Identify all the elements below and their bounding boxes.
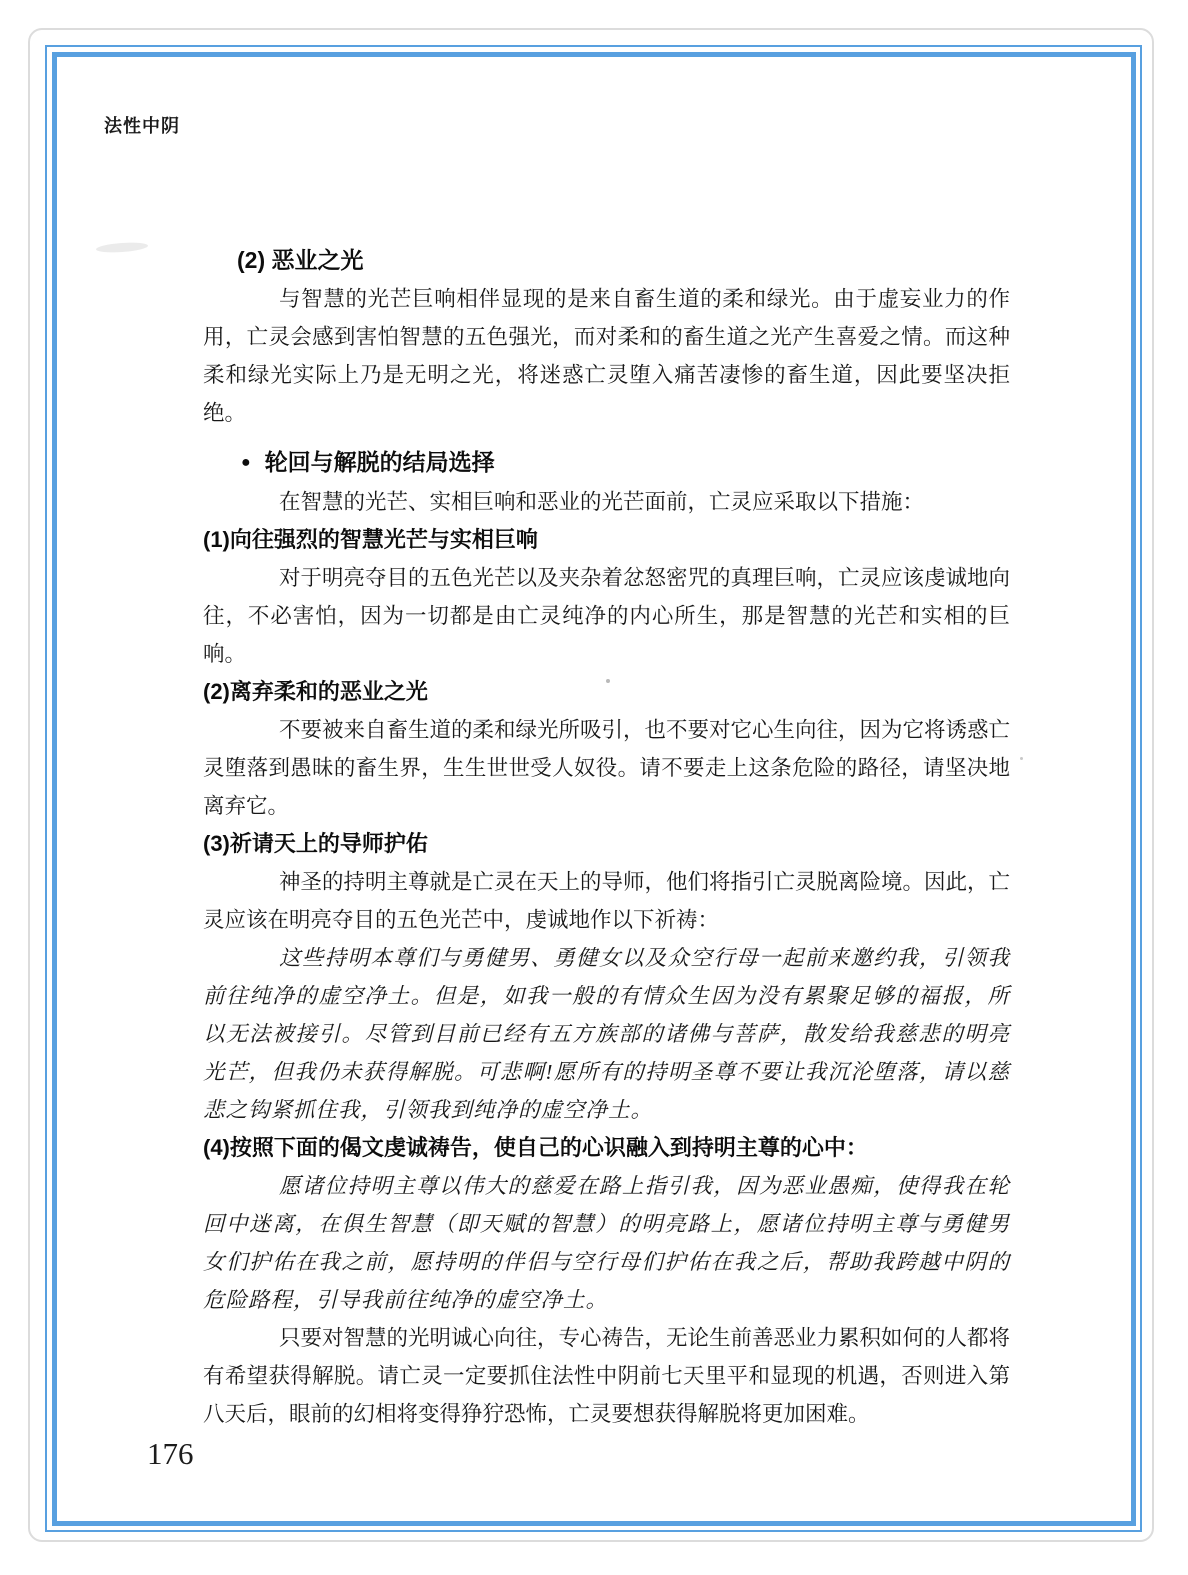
item3-paragraph: 神圣的持明主尊就是亡灵在天上的导师，他们将指引亡灵脱离险境。因此，亡灵应该在明亮…	[203, 863, 1010, 939]
item1-heading: (1)向往强烈的智慧光芒与实相巨响	[203, 521, 1010, 559]
paragraph-choice-intro: 在智慧的光芒、实相巨响和恶业的光芒面前，亡灵应采取以下措施：	[203, 483, 1010, 521]
section-heading-samsara-liberation: ●轮回与解脱的结局选择	[203, 442, 1010, 483]
paragraph-evil-karma-light: 与智慧的光芒巨响相伴显现的是来自畜生道的柔和绿光。由于虚妄业力的作用，亡灵会感到…	[203, 280, 1010, 432]
item3-heading: (3)祈请天上的导师护佑	[203, 825, 1010, 863]
item2-heading: (2)离弃柔和的恶业之光	[203, 673, 1010, 711]
book-page-scan: 法性中阴 (2) 恶业之光 与智慧的光芒巨响相伴显现的是来自畜生道的柔和绿光。由…	[0, 0, 1188, 1575]
item4-heading: (4)按照下面的偈文虔诚祷告，使自己的心识融入到持明主尊的心中：	[203, 1129, 1010, 1167]
running-header: 法性中阴	[104, 112, 180, 138]
section-heading-label: 轮回与解脱的结局选择	[265, 449, 495, 475]
item4-verse-text: 愿诸位持明主尊以伟大的慈爱在路上指引我，因为恶业愚痴，使得我在轮回中迷离，在俱生…	[203, 1167, 1010, 1319]
scan-artifact	[1020, 757, 1023, 760]
closing-paragraph: 只要对智慧的光明诚心向往，专心祷告，无论生前善恶业力累积如何的人都将有希望获得解…	[203, 1319, 1010, 1433]
bullet-icon: ●	[241, 454, 251, 471]
page-number: 176	[147, 1436, 194, 1472]
item1-paragraph: 对于明亮夺目的五色光芒以及夹杂着忿怒密咒的真理巨响，亡灵应该虔诚地向往，不必害怕…	[203, 559, 1010, 673]
section-heading-evil-karma-light: (2) 恶业之光	[203, 240, 1010, 280]
item3-prayer-text: 这些持明本尊们与勇健男、勇健女以及众空行母一起前来邀约我，引领我前往纯净的虚空净…	[203, 939, 1010, 1129]
item2-paragraph: 不要被来自畜生道的柔和绿光所吸引，也不要对它心生向往，因为它将诱惑亡灵堕落到愚昧…	[203, 711, 1010, 825]
main-text-column: (2) 恶业之光 与智慧的光芒巨响相伴显现的是来自畜生道的柔和绿光。由于虚妄业力…	[203, 240, 1010, 1433]
